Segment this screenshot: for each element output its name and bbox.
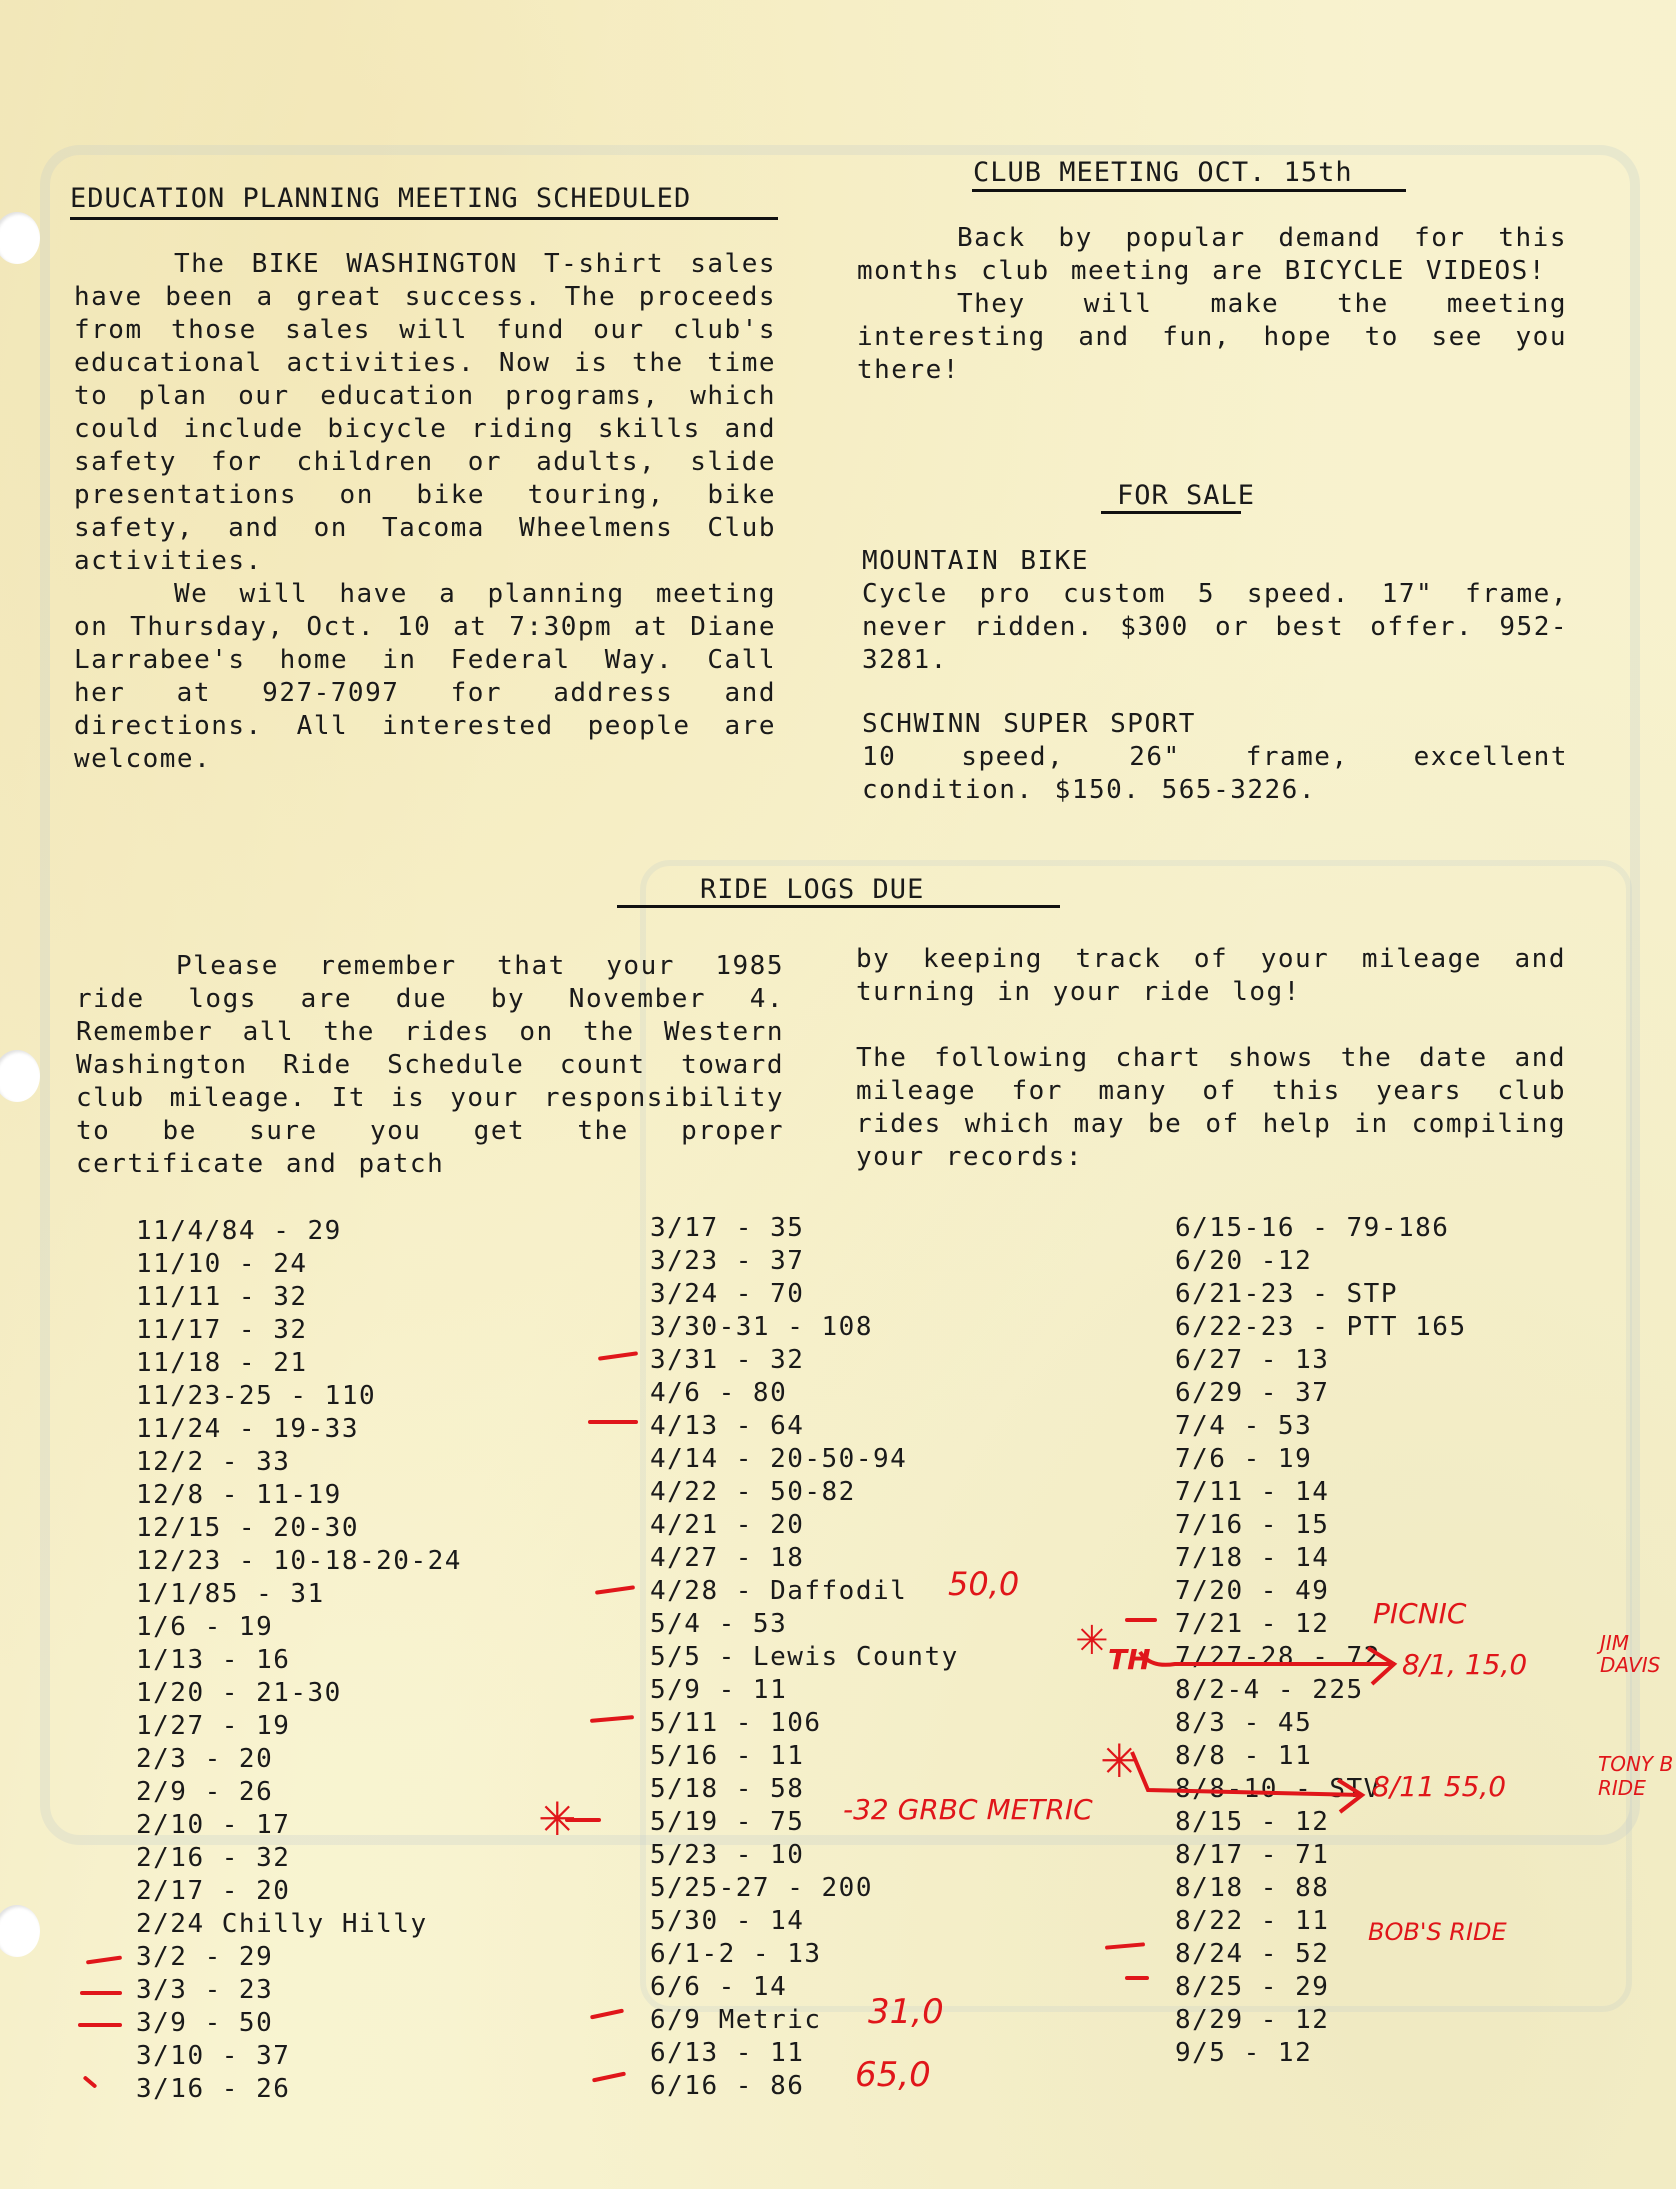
arrow-to-jim-davis	[1140, 1652, 1395, 1665]
annotation-arrows	[0, 0, 1676, 2189]
arrow-to-tony	[1132, 1752, 1362, 1795]
